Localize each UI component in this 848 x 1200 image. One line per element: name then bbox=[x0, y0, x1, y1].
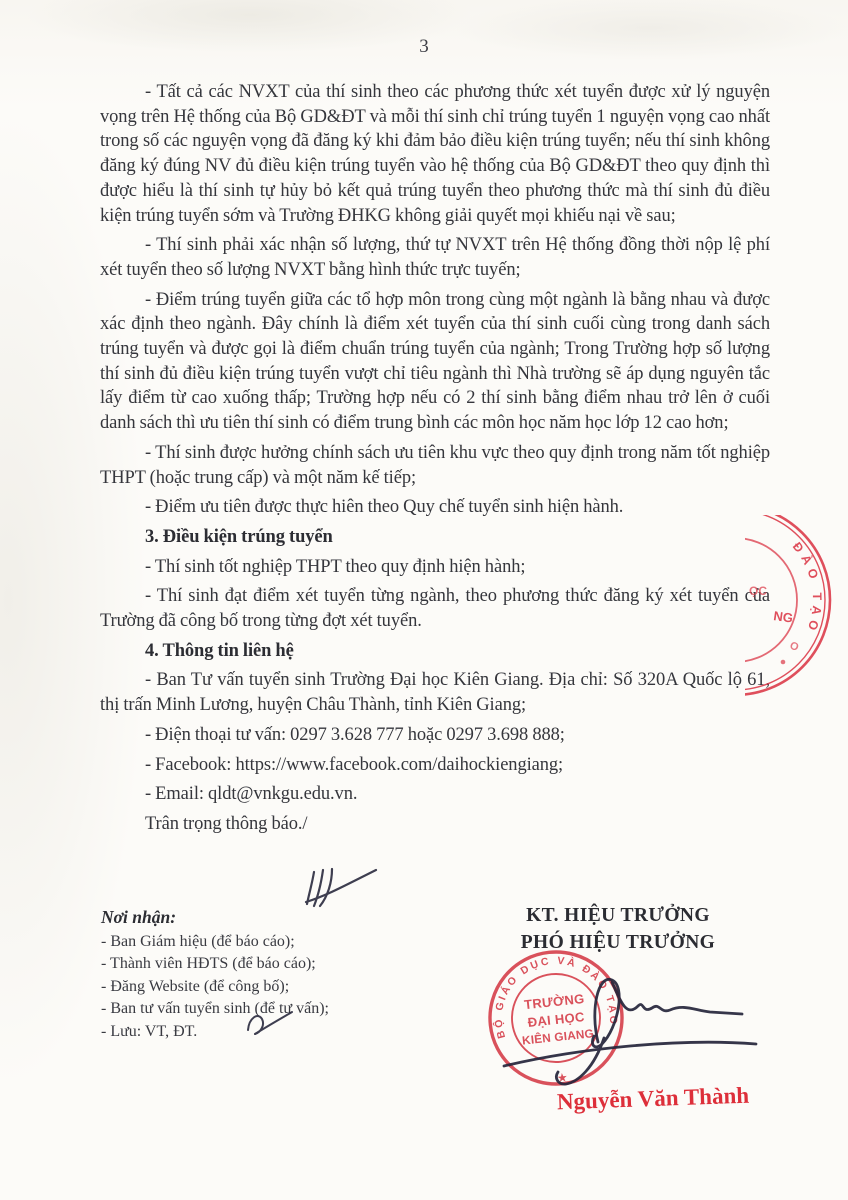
contact-item-address: - Ban Tư vấn tuyển sinh Trường Đại học K… bbox=[100, 668, 770, 717]
contact-item-email: - Email: qldt@vnkgu.edu.vn. bbox=[100, 782, 770, 807]
scanned-document-page: 3 - Tất cả các NVXT của thí sinh theo cá… bbox=[0, 0, 848, 1200]
partial-stamp-dot bbox=[781, 660, 786, 665]
signer-name: Nguyễn Văn Thành bbox=[553, 1083, 754, 1116]
signer-title-line1: KT. HIỆU TRƯỞNG bbox=[468, 902, 768, 929]
contact-item-phone: - Điện thoại tư vấn: 0297 3.628 777 hoặc… bbox=[100, 723, 770, 748]
body-paragraph: - Thí sinh phải xác nhận số lượng, thứ t… bbox=[100, 233, 770, 282]
section3-heading: 3. Điều kiện trúng tuyển bbox=[100, 525, 770, 550]
recipient-item: - Đăng Website (để công bố); bbox=[101, 976, 431, 999]
recipient-item: - Ban Giám hiệu (để báo cáo); bbox=[101, 931, 431, 954]
document-body: - Tất cả các NVXT của thí sinh theo các … bbox=[100, 80, 770, 842]
closing-paraph-mark bbox=[298, 862, 388, 912]
closing-line: Trân trọng thông báo./ bbox=[100, 812, 770, 837]
page-number: 3 bbox=[0, 36, 848, 58]
body-paragraph: - Thí sinh được hưởng chính sách ưu tiên… bbox=[100, 441, 770, 490]
section3-item: - Thí sinh đạt điểm xét tuyển từng ngành… bbox=[100, 584, 770, 633]
signature-scrawl bbox=[480, 940, 780, 1090]
contact-item-facebook: - Facebook: https://www.facebook.com/dai… bbox=[100, 753, 770, 778]
partial-stamp-fragment: ỌC bbox=[749, 584, 767, 598]
section3-item: - Thí sinh tốt nghiệp THPT theo quy định… bbox=[100, 555, 770, 580]
archive-scribble-mark bbox=[238, 1006, 302, 1044]
partial-stamp: ĐÀO TẠO ỌC NG O bbox=[745, 515, 848, 730]
body-paragraph: - Điểm trúng tuyển giữa các tổ hợp môn t… bbox=[100, 288, 770, 436]
recipient-item: - Thành viên HĐTS (để báo cáo); bbox=[101, 953, 431, 976]
section4-heading: 4. Thông tin liên hệ bbox=[100, 639, 770, 664]
body-paragraph: - Điểm ưu tiên được thực hiên theo Quy c… bbox=[100, 495, 770, 520]
partial-stamp-fragment: NG bbox=[773, 608, 794, 626]
partial-stamp-fragment: O bbox=[788, 640, 801, 654]
body-paragraph: - Tất cả các NVXT của thí sinh theo các … bbox=[100, 80, 770, 228]
